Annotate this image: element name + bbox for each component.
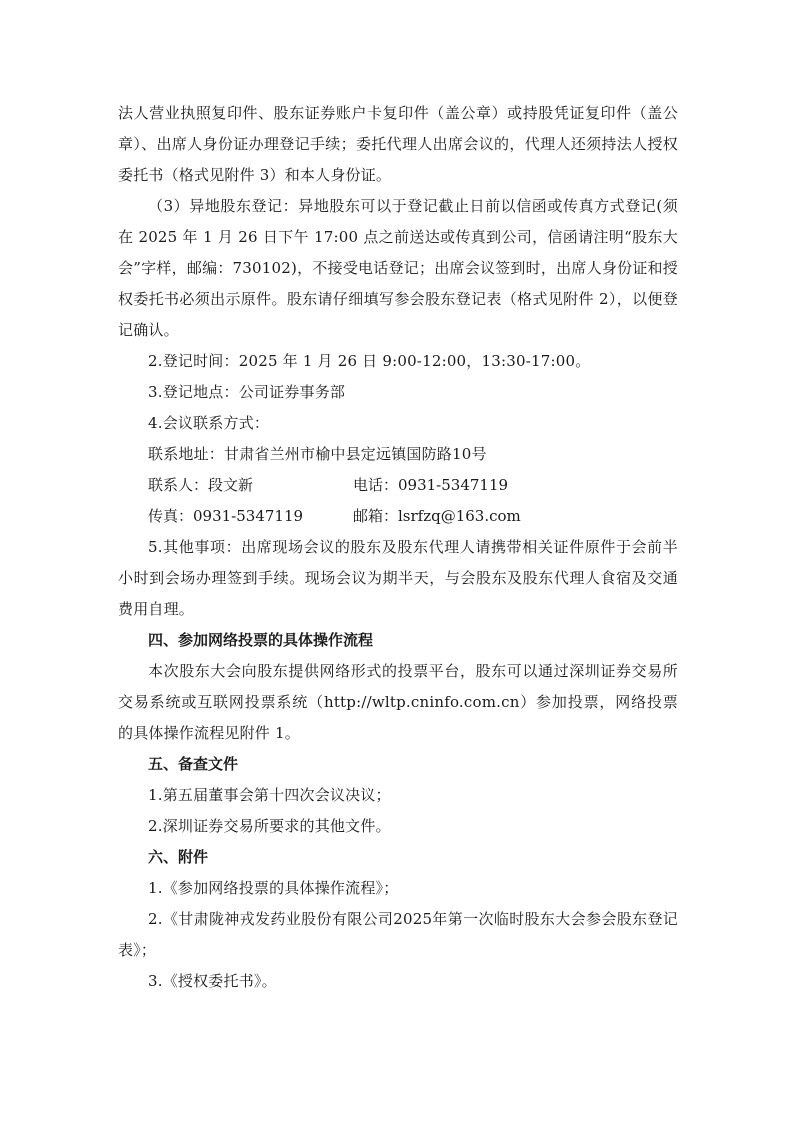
section5-item: 1.第五届董事会第十四次会议决议； <box>118 780 678 811</box>
contact-row-person-phone: 联系人：段文新 电话：0931-5347119 <box>118 470 678 501</box>
attachment-item: 1.《参加网络投票的具体操作流程》； <box>118 873 678 904</box>
continuation-paragraph: 法人营业执照复印件、股东证券账户卡复印件（盖公章）或持股凭证复印件（盖公章）、出… <box>118 98 678 191</box>
contact-person: 联系人：段文新 <box>148 470 353 501</box>
section4-body: 本次股东大会向股东提供网络形式的投票平台，股东可以通过深圳证券交易所交易系统或互… <box>118 656 678 749</box>
contact-fax: 传真：0931-5347119 <box>148 501 353 532</box>
registration-time: 2.登记时间：2025 年 1 月 26 日 9:00-12:00，13:30-… <box>118 346 678 377</box>
section6-heading: 六、附件 <box>118 842 678 873</box>
section5-item: 2.深圳证券交易所要求的其他文件。 <box>118 811 678 842</box>
contact-row-fax-email: 传真：0931-5347119 邮箱：lsrfzq@163.com <box>118 501 678 532</box>
contact-phone: 电话：0931-5347119 <box>353 470 678 501</box>
other-matters-paragraph: 5.其他事项：出席现场会议的股东及股东代理人请携带相关证件原件于会前半小时到会场… <box>118 532 678 625</box>
attachment-item: 2.《甘肃陇神戎发药业股份有限公司2025年第一次临时股东大会参会股东登记表》； <box>118 904 678 966</box>
contact-heading: 4.会议联系方式： <box>118 408 678 439</box>
section5-heading: 五、备查文件 <box>118 749 678 780</box>
attachment-item: 3.《授权委托书》。 <box>118 966 678 997</box>
remote-registration-paragraph: （3）异地股东登记：异地股东可以于登记截止日前以信函或传真方式登记(须在 202… <box>118 191 678 346</box>
document-page: 法人营业执照复印件、股东证券账户卡复印件（盖公章）或持股凭证复印件（盖公章）、出… <box>118 98 678 997</box>
section4-heading: 四、参加网络投票的具体操作流程 <box>118 625 678 656</box>
registration-place: 3.登记地点：公司证券事务部 <box>118 377 678 408</box>
contact-address: 联系地址：甘肃省兰州市榆中县定远镇国防路10号 <box>118 439 678 470</box>
contact-email: 邮箱：lsrfzq@163.com <box>353 501 678 532</box>
